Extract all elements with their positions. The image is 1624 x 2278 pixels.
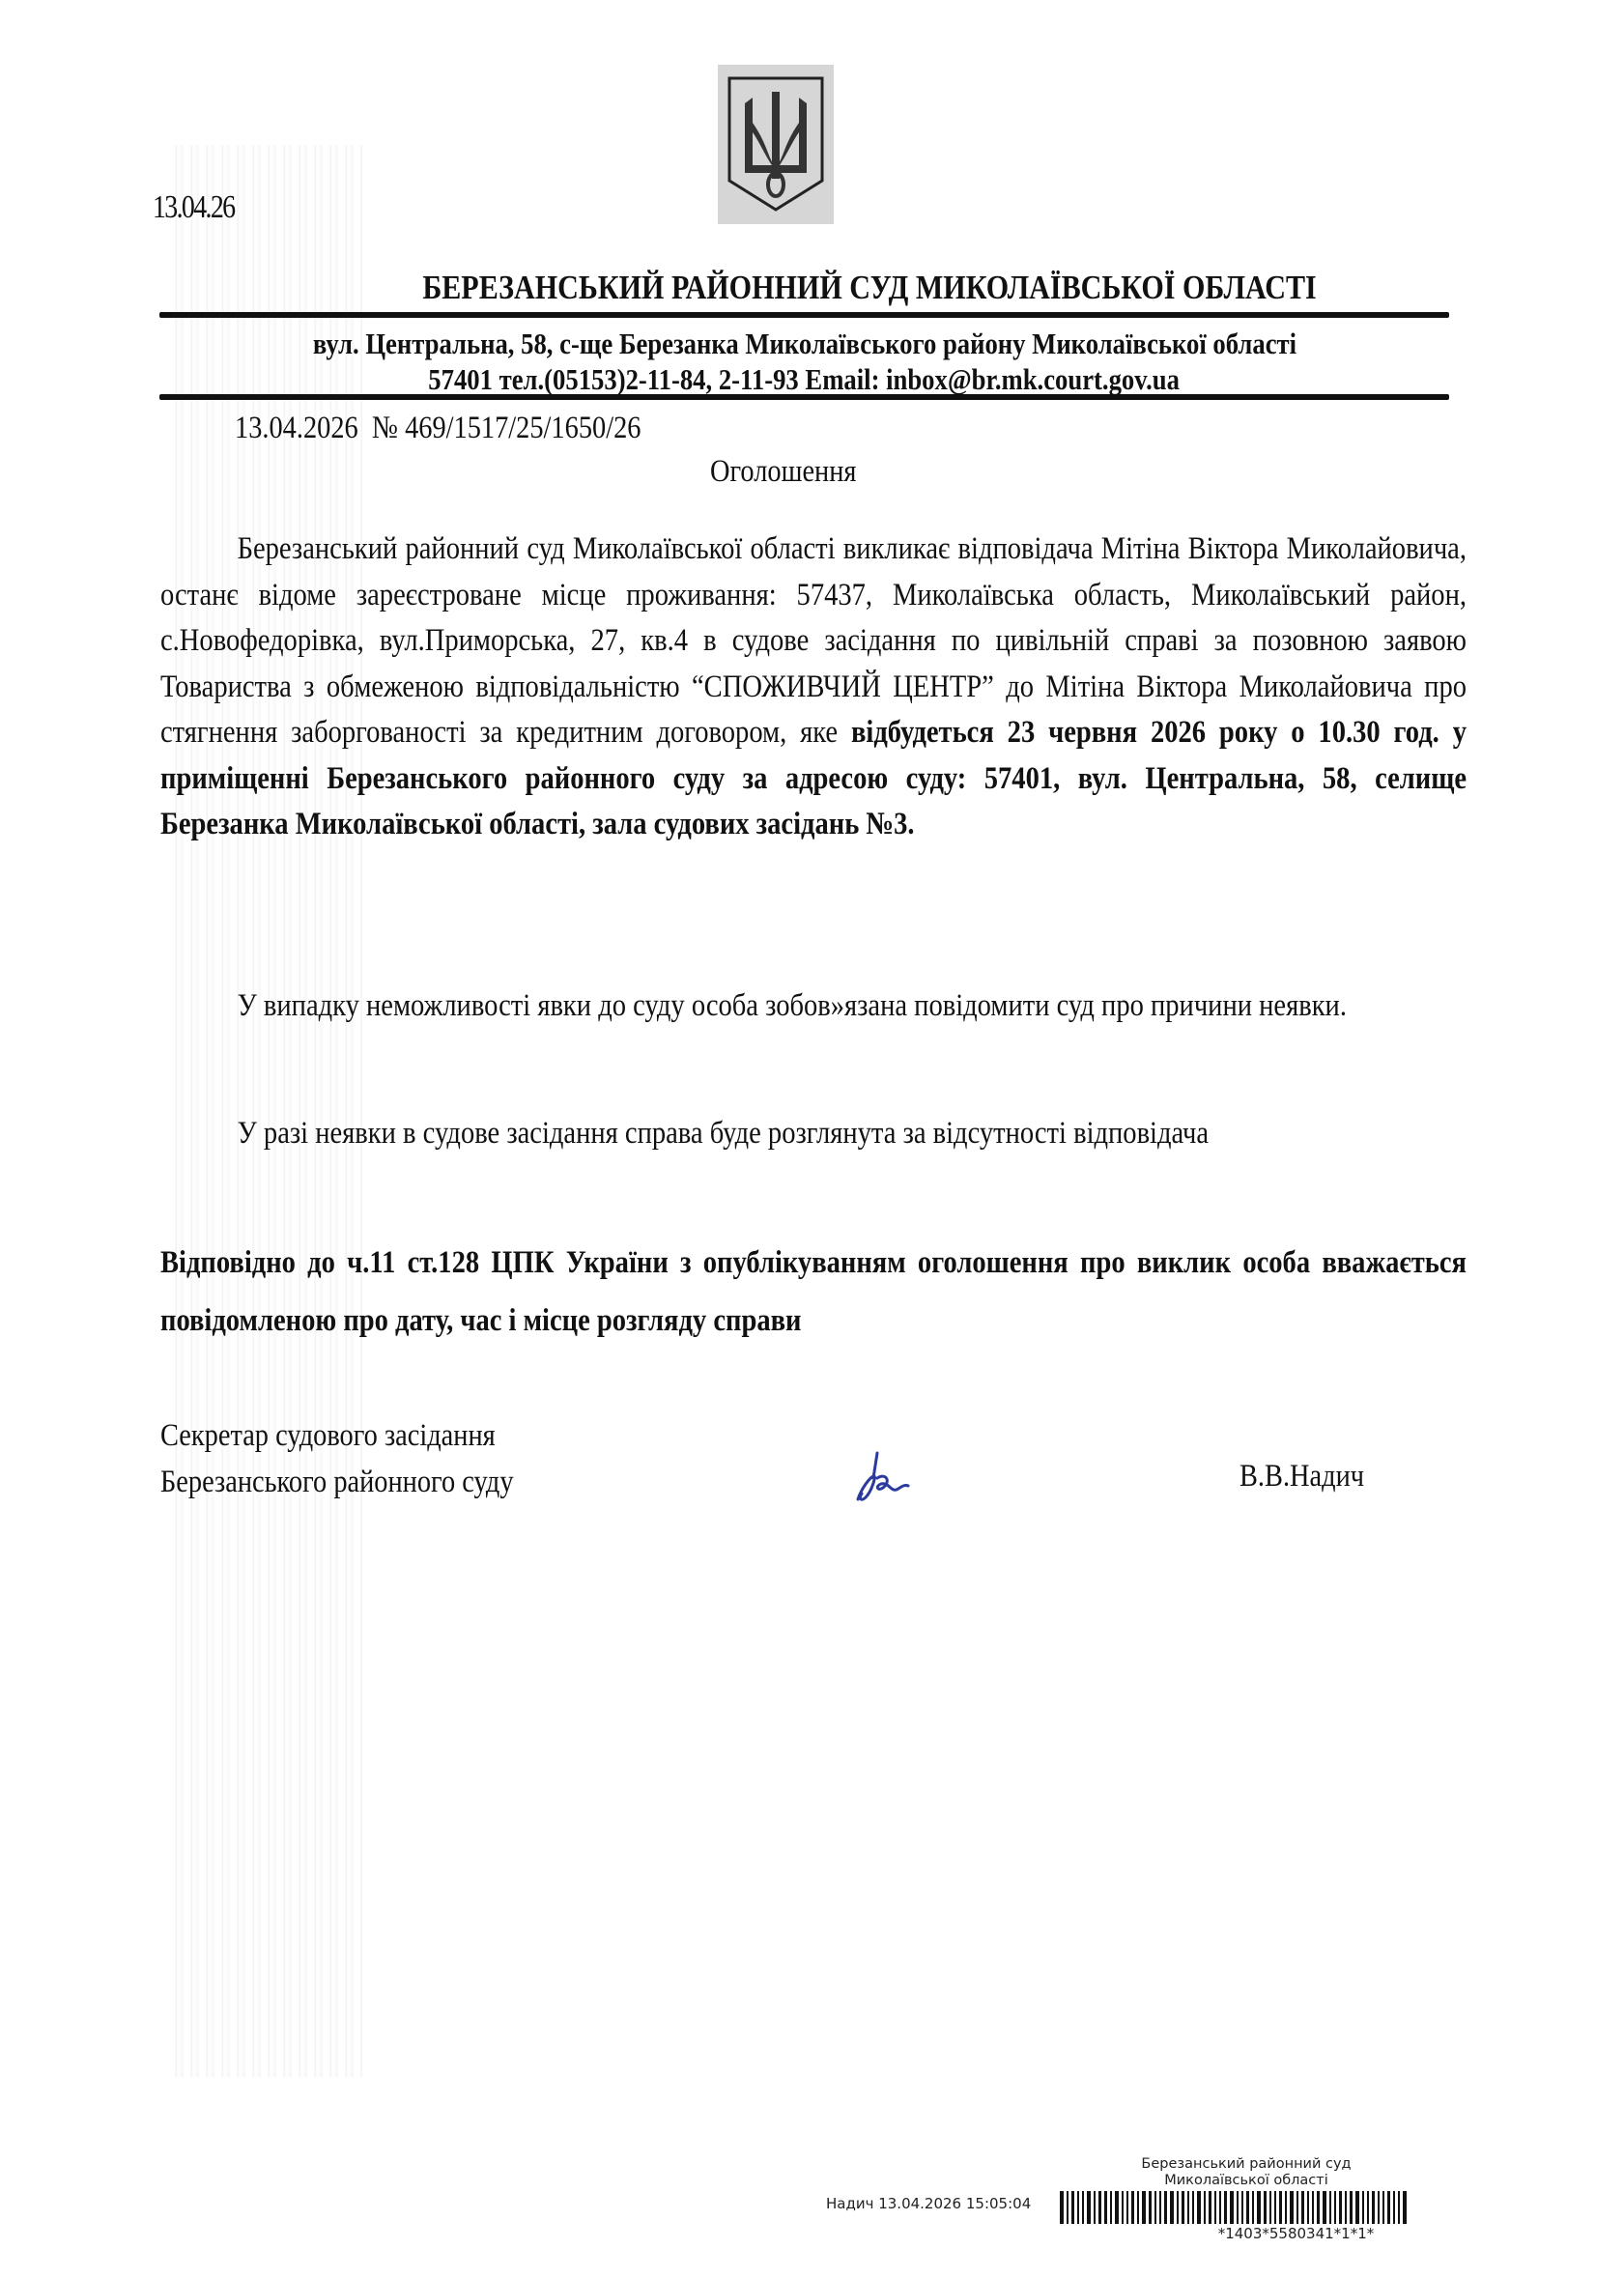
paragraph-legal-basis: Відповідно до ч.11 ст.128 ЦПК України з … bbox=[160, 1234, 1465, 1350]
paragraph-absence-notice: У випадку неможливості явки до суду особ… bbox=[160, 976, 1465, 1036]
reference-date: 13.04.2026 bbox=[235, 411, 358, 445]
document-title: Оголошення bbox=[710, 454, 856, 490]
coat-of-arms-icon bbox=[718, 65, 834, 224]
paragraph-default-consequence: У разі неявки в судове засідання справа … bbox=[160, 1103, 1465, 1163]
position-line-2: Березанського районного суду bbox=[160, 1459, 514, 1505]
corner-date: 13.04.26 bbox=[153, 189, 234, 226]
position-line-1: Секретар судового засідання bbox=[160, 1412, 514, 1459]
handwritten-signature-icon bbox=[848, 1449, 926, 1507]
address-line-1: вул. Центральна, 58, с-ще Березанка Мико… bbox=[312, 325, 1296, 363]
stamp-user-timestamp: Надич 13.04.2026 15:05:04 bbox=[826, 2195, 1031, 2212]
address-line-2: 57401 тел.(05153)2-11-84, 2-11-93 Email:… bbox=[429, 360, 1181, 399]
barcode-number: *1403*5580341*1*1* bbox=[1063, 2225, 1529, 2242]
paragraph-summons: Березанський районний суд Миколаївської … bbox=[160, 527, 1465, 848]
header-divider-top bbox=[159, 312, 1449, 318]
reference-number: № 469/1517/25/1650/26 bbox=[372, 411, 641, 445]
e-stamp-court: Березанський районний суд Миколаївської … bbox=[1063, 2156, 1430, 2189]
reference-line: 13.04.2026 № 469/1517/25/1650/26 bbox=[235, 411, 641, 446]
signatory-position: Секретар судового засідання Березанськог… bbox=[160, 1412, 514, 1505]
signatory-name: В.В.Надич bbox=[1239, 1459, 1364, 1495]
header-divider-bottom bbox=[159, 394, 1449, 400]
absence-notice-text: У випадку неможливості явки до суду особ… bbox=[238, 988, 1347, 1023]
barcode-icon bbox=[1060, 2191, 1526, 2224]
court-name-heading: БЕРЕЗАНСЬКИЙ РАЙОННИЙ СУД МИКОЛАЇВСЬКОЇ … bbox=[0, 269, 1624, 307]
stamp-court-line-1: Березанський районний суд bbox=[1063, 2156, 1430, 2173]
court-address: вул. Центральна, 58, с-ще Березанка Мико… bbox=[159, 325, 1449, 363]
court-name-text: БЕРЕЗАНСЬКИЙ РАЙОННИЙ СУД МИКОЛАЇВСЬКОЇ … bbox=[423, 269, 1317, 307]
court-contacts: 57401 тел.(05153)2-11-84, 2-11-93 Email:… bbox=[159, 360, 1449, 399]
legal-basis-text: Відповідно до ч.11 ст.128 ЦПК України з … bbox=[160, 1245, 1467, 1338]
stamp-court-line-2: Миколаївської області bbox=[1063, 2173, 1430, 2189]
default-consequence-text: У разі неявки в судове засідання справа … bbox=[238, 1116, 1209, 1151]
